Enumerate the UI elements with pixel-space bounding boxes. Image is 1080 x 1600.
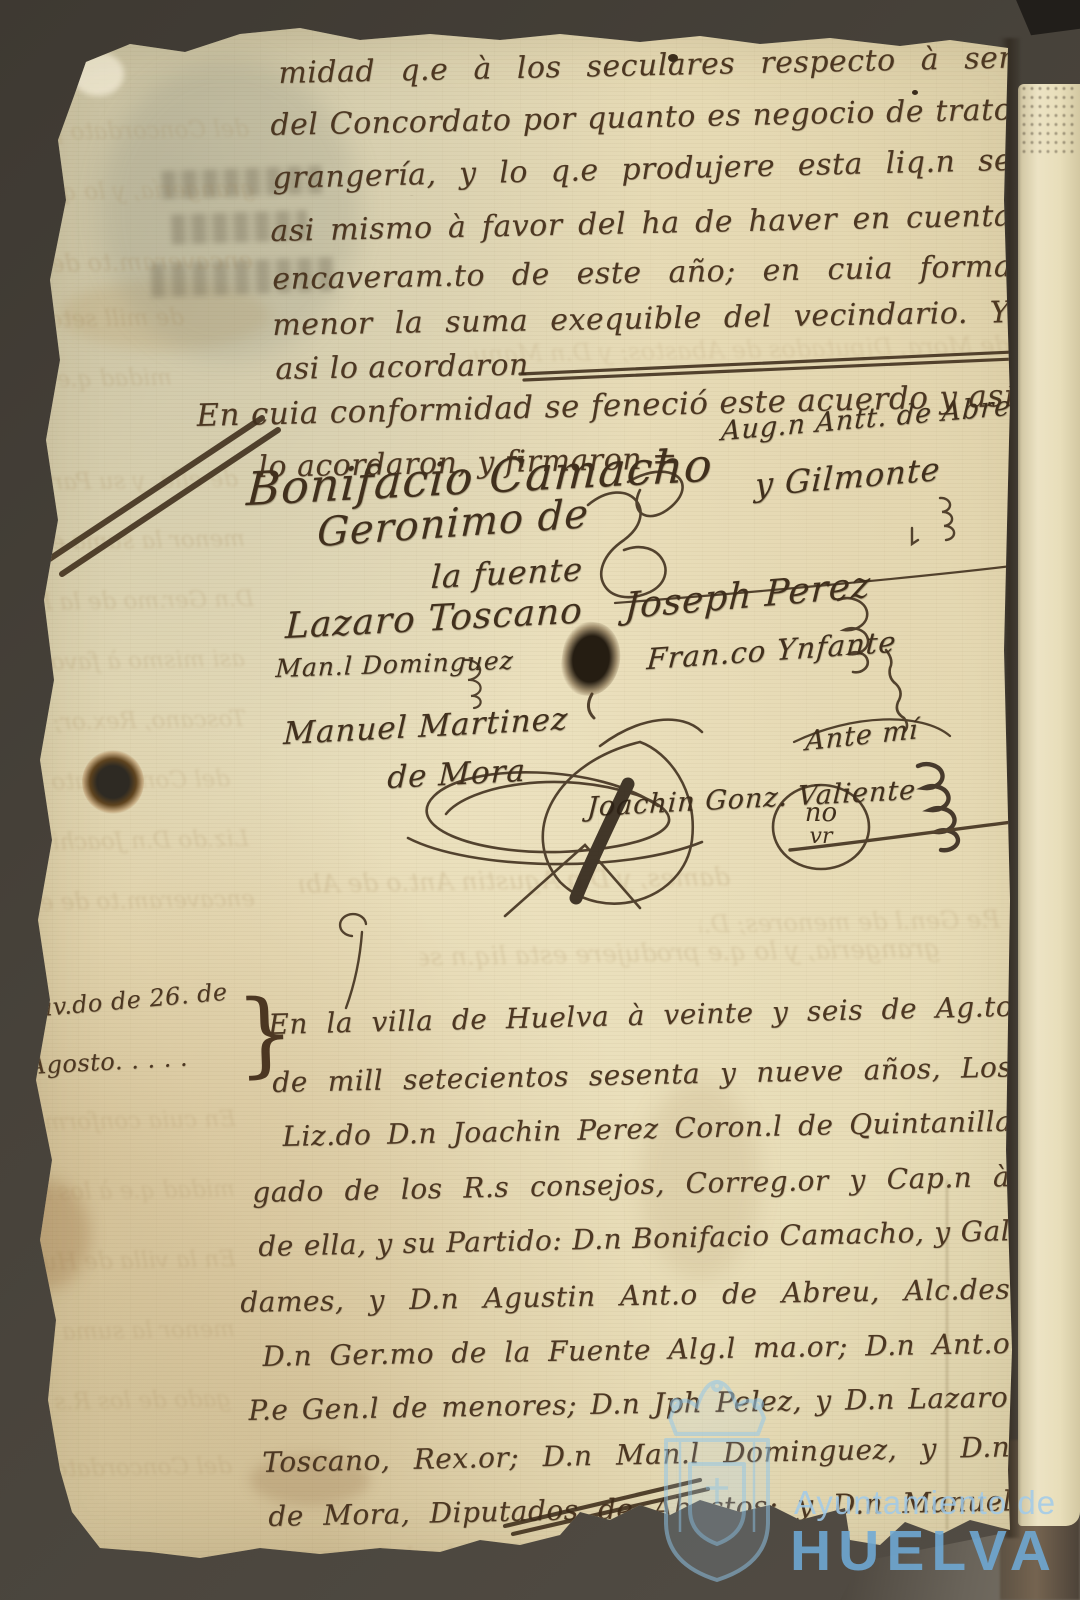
bleed-through-text: menor la suma exequible del vecindario. … bbox=[30, 526, 245, 560]
manuscript-line: de ella, y su Partido: D.n Bonifacio Cam… bbox=[258, 1214, 1011, 1265]
bleed-through-text: Toscano, Rex.or; D.n Man.l Dominguez, y … bbox=[36, 706, 246, 740]
manuscript-line: midad q.e à los seculares respecto à ser… bbox=[278, 41, 1014, 94]
manuscript-line: grangería, y lo q.e produjere esta liq.n… bbox=[272, 143, 1013, 199]
bleed-through-text: dames, y D.n Agustin Ant.o de Abreu, Alc… bbox=[300, 862, 731, 902]
manuscript-scan: del Concordato por quanto es negocio de … bbox=[0, 0, 1080, 1600]
circled-annotation-bottom: vr bbox=[793, 826, 849, 848]
burn-hole bbox=[82, 750, 144, 814]
paper-repair-patch bbox=[72, 52, 124, 96]
signature: Man.l Dominguez bbox=[275, 646, 514, 683]
nine-flourish bbox=[340, 914, 366, 1008]
geronimo-rubric bbox=[588, 493, 665, 598]
gilmonte-coil bbox=[912, 498, 954, 544]
manuscript-line: del Concordato por quanto es negocio de … bbox=[270, 92, 1013, 145]
blot-tail bbox=[588, 694, 594, 718]
manuscript-page: del Concordato por quanto es negocio de … bbox=[0, 0, 1080, 1600]
bleed-through-text: asi mismo à favor del ha de haver en cue… bbox=[30, 646, 245, 680]
manuscript-line: asi lo acordaron bbox=[275, 348, 529, 387]
signature: Joseph Perez bbox=[624, 564, 872, 627]
margin-note-line: Agosto. . . . . bbox=[28, 1044, 189, 1080]
valiente-coil bbox=[918, 764, 958, 850]
circled-annotation: no vr bbox=[793, 800, 849, 848]
bleed-through-text: midad q.e à los seculares respecto à ser… bbox=[32, 365, 173, 397]
bleed-through-text: del Concordato por quanto es negocio de … bbox=[32, 1453, 232, 1486]
ink-speck bbox=[912, 90, 918, 95]
bleed-through-text: asi mismo à favor del ha de haver en cue… bbox=[300, 1540, 700, 1576]
bleed-through-text: gado de los R.s consejos, Correg.or y Ca… bbox=[36, 1386, 231, 1419]
bleed-through-text: de ella, y su Partido: D.n Bonifacio Cam… bbox=[38, 466, 238, 499]
bleed-through-text: Liz.do D.n Joachin Perez Coron.l de Quin… bbox=[34, 826, 249, 860]
bleed-through-text: de mill setecientos sesenta y nueve años… bbox=[34, 305, 184, 338]
manuscript-line: de Mora, Diputados de Abastos; y D.n Man… bbox=[268, 1484, 1013, 1535]
bleed-through-text: midad q.e à los seculares respecto à ser… bbox=[30, 1176, 235, 1209]
manuscript-line: asi mismo à favor del ha de haver en cue… bbox=[270, 198, 1013, 251]
manuscript-line: de mill setecientos sesenta y nueve años… bbox=[272, 1051, 1013, 1101]
bleed-through-text: En la villa de Huelva à veinte y seis de… bbox=[36, 1246, 236, 1279]
signature: de Mora bbox=[387, 753, 527, 796]
signature: y Gilmonte bbox=[754, 450, 942, 505]
manuscript-line: dames, y D.n Agustin Ant.o de Abreu, Alc… bbox=[240, 1273, 1010, 1321]
bleed-through-text: grangería, y lo q.e produjere esta liq.n… bbox=[420, 933, 940, 975]
ink-speck bbox=[668, 54, 678, 62]
bleed-through-text: En cuia conformidad se feneció este acue… bbox=[36, 1106, 236, 1139]
adjacent-page-edge bbox=[1018, 84, 1080, 1526]
manuscript-line: Liz.do D.n Joachin Perez Coron.l de Quin… bbox=[282, 1105, 1013, 1155]
signature: Manuel Martinez bbox=[283, 701, 569, 752]
manuscript-line: encaveram.to de este año; en cuia forma … bbox=[272, 249, 1013, 299]
manuscript-line: P.e Gen.l de menores; D.n Jph Pelez, y D… bbox=[248, 1381, 1008, 1429]
bleed-through-text: encaveram.to de este año; en cuia forma … bbox=[40, 886, 255, 920]
bleed-through-text: menor la suma exequible del vecindario. … bbox=[30, 1316, 235, 1349]
page-edge-dirt bbox=[1020, 84, 1078, 154]
margin-note-line: Cav.do de 26. de bbox=[18, 978, 229, 1024]
bleed-through-text: grangería, y lo q.e produjere esta liq.n… bbox=[30, 176, 255, 210]
bleed-through-text: P.e Gen.l de menores; D.n Jph Pelez, y D… bbox=[700, 905, 1000, 941]
manuscript-line: Toscano, Rex.or; D.n Man.l Dominguez, y … bbox=[262, 1430, 1011, 1481]
signature: la fuente bbox=[430, 550, 584, 596]
signature: Lazaro Toscano bbox=[285, 590, 584, 647]
paper-crease bbox=[946, 1180, 948, 1530]
bleed-through-text: encaveram.to de este año; en cuia forma … bbox=[38, 246, 254, 281]
signature: Fran.co Ynfante bbox=[646, 625, 898, 677]
margin-brace: } bbox=[234, 979, 296, 1088]
bleed-through-text: del Concordato por quanto es negocio de … bbox=[34, 116, 249, 150]
circled-annotation-top: no bbox=[793, 800, 849, 826]
signature: Joachin Gonz. Valiente bbox=[586, 775, 917, 823]
manuscript-line: En la villa de Huelva à veinte y seis de… bbox=[268, 990, 1014, 1043]
manuscript-line: D.n Ger.mo de la Fuente Alg.l ma.or; D.n… bbox=[262, 1327, 1010, 1375]
signature: Ante mí bbox=[805, 714, 919, 757]
bleed-through-text: D.n Ger.mo de la Fuente Alg.l ma.or; D.n… bbox=[34, 586, 254, 620]
manuscript-line: gado de los R.s consejos, Correg.or y Ca… bbox=[252, 1160, 1011, 1211]
top-right-dark-wedge bbox=[1012, 0, 1080, 40]
